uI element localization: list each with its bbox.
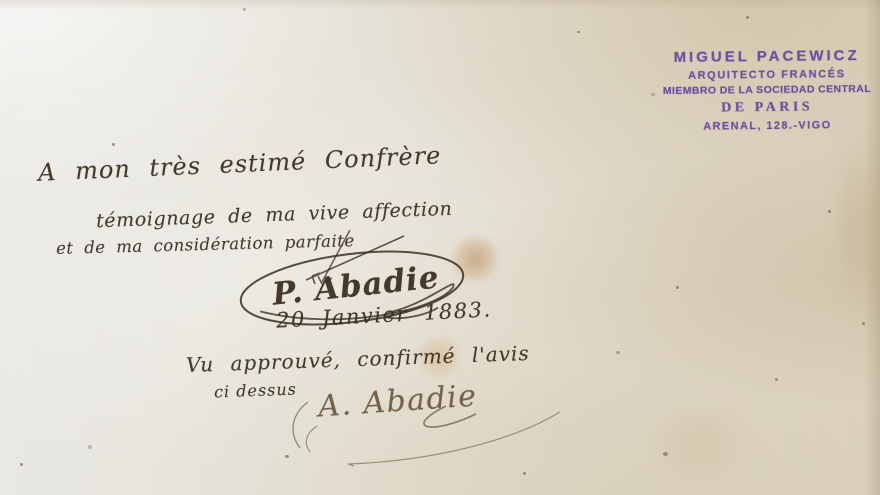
paper-speck xyxy=(663,452,668,456)
paper-stain xyxy=(448,236,502,282)
paper-speck xyxy=(651,93,655,96)
stamp-title-line: ARQUITECTO FRANCÉS xyxy=(662,69,872,82)
paper-speck xyxy=(285,455,289,458)
paper-speck xyxy=(88,445,92,449)
paper-stain xyxy=(640,410,760,480)
stamp-name-line: MIGUEL PACEWICZ xyxy=(662,48,872,65)
paper-speck xyxy=(112,143,115,146)
dedication-page-photo: MIGUEL PACEWICZ ARQUITECTO FRANCÉS MIEMB… xyxy=(0,0,880,495)
dedication-line-3: et de ma considération parfaite xyxy=(56,231,355,258)
dedication-line-1: A mon très estimé Confrère xyxy=(38,141,442,187)
dedication-line-2: témoignage de ma vive affection xyxy=(96,198,453,232)
paper-speck xyxy=(20,463,23,466)
stamp-address-line: ARENAL, 128.-VIGO xyxy=(662,119,872,132)
stamp-membership-line: MIEMBRO DE LA SOCIEDAD CENTRAL xyxy=(662,84,872,97)
paper-speck xyxy=(746,16,749,19)
paper-speck xyxy=(862,322,865,325)
paper-speck xyxy=(243,8,246,11)
paper-speck xyxy=(828,210,831,213)
stamp-city-line: DE PARIS xyxy=(662,99,872,115)
ownership-stamp: MIGUEL PACEWICZ ARQUITECTO FRANCÉS MIEMB… xyxy=(662,48,873,133)
paper-speck xyxy=(775,378,778,381)
approval-line-2: ci dessus xyxy=(214,380,297,402)
signature-abadie-2: A. Abadie xyxy=(317,378,479,424)
paper-speck xyxy=(577,31,580,33)
approval-line-1: Vu approuvé, confirmé l'avis xyxy=(186,341,530,377)
paper-speck xyxy=(616,351,620,354)
paper-speck xyxy=(676,286,679,289)
paper-top-shade xyxy=(0,0,880,10)
paper-speck xyxy=(523,472,526,475)
